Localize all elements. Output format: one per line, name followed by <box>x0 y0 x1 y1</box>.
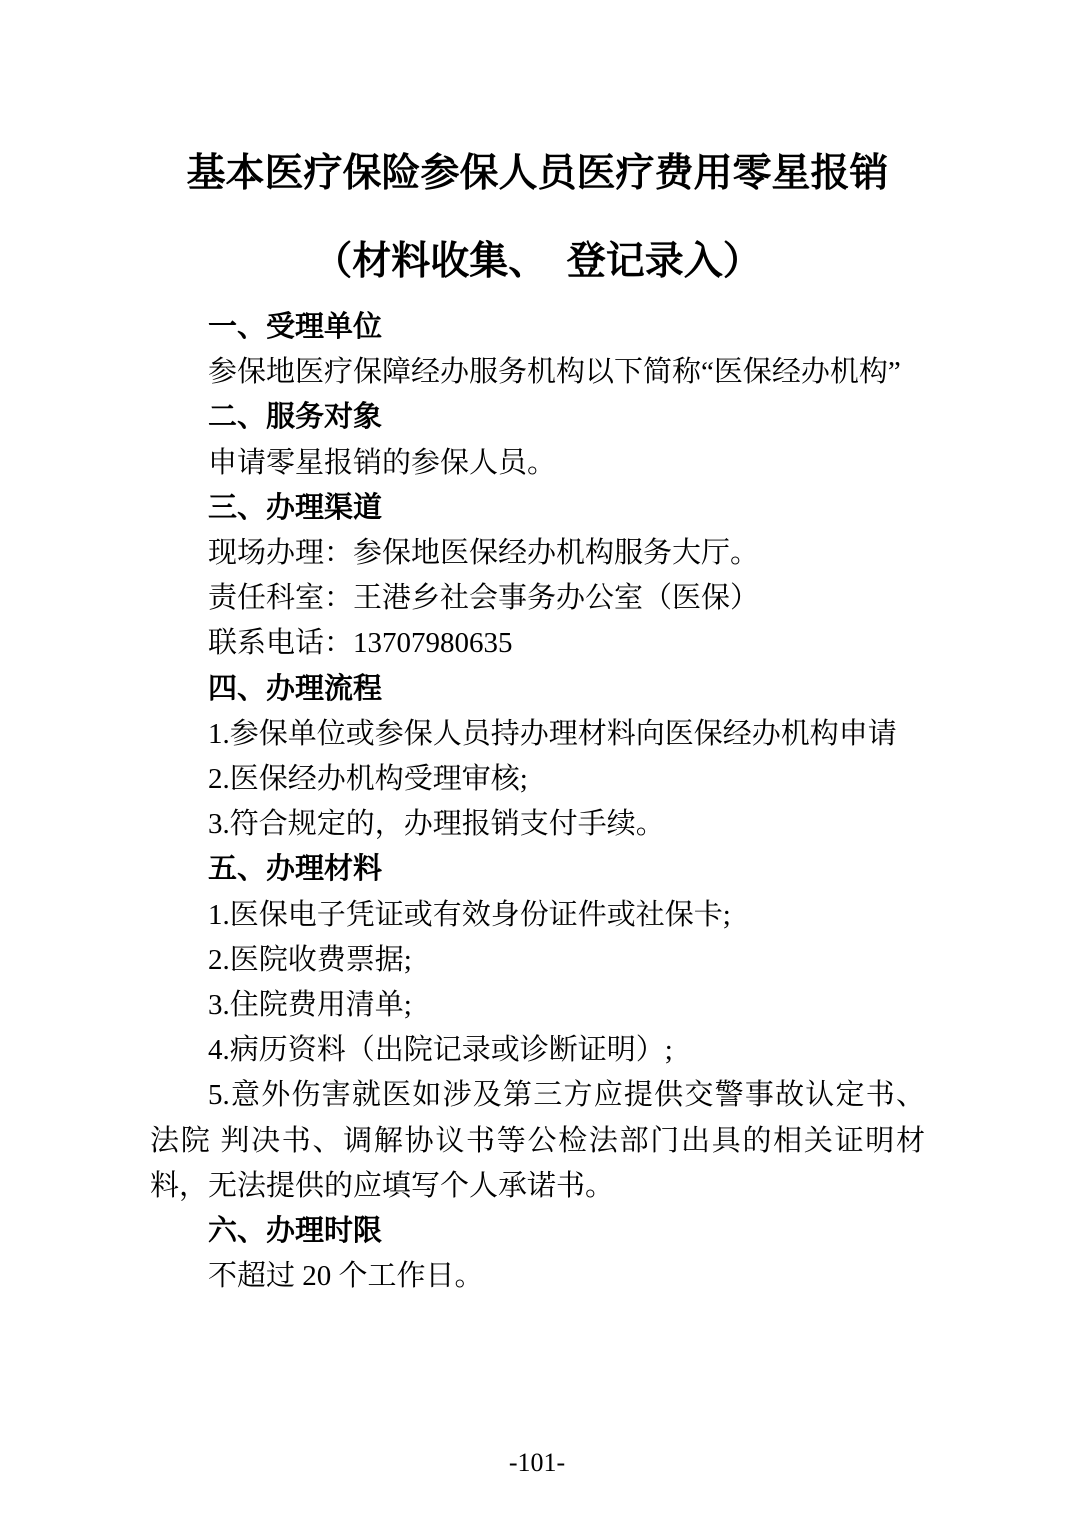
document-page: 基本医疗保险参保人员医疗费用零星报销 （材料收集、 登记录入） 一、受理单位 参… <box>0 0 1074 1520</box>
paragraph-onsite-handling: 现场办理：参保地医保经办机构服务大厅。 <box>150 531 925 576</box>
section-heading-handling-channel: 三、办理渠道 <box>150 486 925 531</box>
page-footer: -101- <box>0 1448 1074 1478</box>
section-heading-accepting-unit: 一、受理单位 <box>150 305 925 350</box>
section-heading-time-limit: 六、办理时限 <box>150 1209 925 1254</box>
paragraph-material-4: 4.病历资料（出院记录或诊断证明）; <box>150 1028 925 1073</box>
paragraph-accepting-unit: 参保地医疗保障经办服务机构以下简称“医保经办机构” <box>150 350 925 395</box>
paragraph-process-step-1: 1.参保单位或参保人员持办理材料向医保经办机构申请 <box>150 712 925 757</box>
section-heading-required-materials: 五、办理材料 <box>150 847 925 892</box>
paragraph-material-2: 2.医院收费票据; <box>150 938 925 983</box>
paragraph-time-limit: 不超过 20 个工作日。 <box>150 1254 925 1299</box>
paragraph-responsible-office: 责任科室：王港乡社会事务办公室（医保） <box>150 576 925 621</box>
page-number: -101- <box>509 1448 565 1477</box>
paragraph-material-5: 5.意外伤害就医如涉及第三方应提供交警事故认定书、法院 判决书、调解协议书等公检… <box>150 1073 925 1209</box>
paragraph-material-3: 3.住院费用清单; <box>150 983 925 1028</box>
paragraph-service-target: 申请零星报销的参保人员。 <box>150 441 925 486</box>
paragraph-process-step-3: 3.符合规定的，办理报销支付手续。 <box>150 802 925 847</box>
document-body: 一、受理单位 参保地医疗保障经办服务机构以下简称“医保经办机构” 二、服务对象 … <box>150 305 925 1299</box>
paragraph-process-step-2: 2.医保经办机构受理审核; <box>150 757 925 802</box>
section-heading-handling-process: 四、办理流程 <box>150 667 925 712</box>
paragraph-material-1: 1.医保电子凭证或有效身份证件或社保卡; <box>150 893 925 938</box>
document-title: 基本医疗保险参保人员医疗费用零星报销 <box>150 148 925 200</box>
paragraph-contact-phone: 联系电话：13707980635 <box>150 621 925 666</box>
section-heading-service-target: 二、服务对象 <box>150 395 925 440</box>
document-subtitle: （材料收集、 登记录入） <box>150 236 925 288</box>
